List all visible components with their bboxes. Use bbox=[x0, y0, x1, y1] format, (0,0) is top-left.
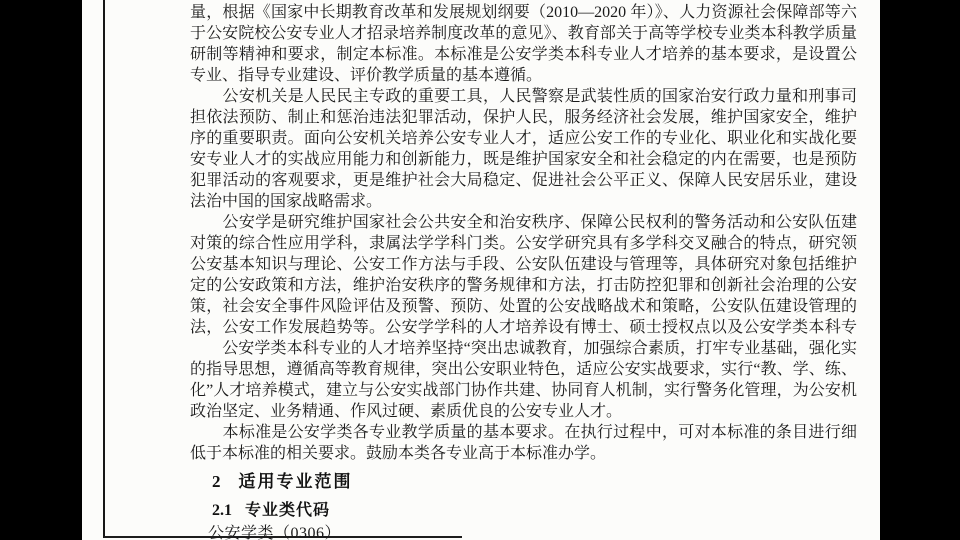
text-line: 低于本标准的相关要求。鼓励本类各专业高于本标准办学。 bbox=[190, 443, 857, 464]
letterbox-left bbox=[0, 0, 82, 540]
document-body: 量，根据《国家中长期教育改革和发展规划纲要（2010—2020 年）》、人力资源… bbox=[190, 2, 857, 464]
text-line: 量，根据《国家中长期教育改革和发展规划纲要（2010—2020 年）》、人力资源… bbox=[190, 2, 857, 23]
text-line: 的指导思想，遵循高等教育规律，突出公安职业特色，适应公安实战要求，实行“教、学、… bbox=[190, 359, 857, 380]
text-line: 法治中国的国家战略需求。 bbox=[190, 191, 857, 212]
text-line: 公安机关是人民民主专政的重要工具，人民警察是武装性质的国家治安行政力量和刑事司法… bbox=[190, 86, 857, 107]
text-line: 序的重要职责。面向公安机关培养公安专业人才，适应公安工作的专业化、职业化和实战化… bbox=[190, 128, 857, 149]
text-line: 专业、指导专业建设、评价教学质量的基本遵循。 bbox=[190, 65, 857, 86]
section-number: 2 bbox=[212, 472, 221, 491]
text-line: 法，公安工作发展趋势等。公安学学科的人才培养设有博士、硕士授权点以及公安学类本科… bbox=[190, 317, 857, 338]
document-content: 量，根据《国家中长期教育改革和发展规划纲要（2010—2020 年）》、人力资源… bbox=[190, 2, 857, 540]
text-line: 策，社会安全事件风险评估及预警、预防、处置的公安战略战术和策略，公安队伍建设管理… bbox=[190, 296, 857, 317]
text-line: 于公安院校公安专业人才招录培养制度改革的意见》、教育部关于高等学校专业类本科教学… bbox=[190, 23, 857, 44]
page-edge-line bbox=[103, 0, 105, 538]
text-line: 公安基本知识与理论、公安工作方法与手段、公安队伍建设与管理等，具体研究对象包括维… bbox=[190, 254, 857, 275]
text-line: 化”人才培养模式，建立与公安实战部门协作共建、协同育人机制，实行警务化管理，为公… bbox=[190, 380, 857, 401]
text-line: 对策的综合性应用学科，隶属法学学科门类。公安学研究具有多学科交叉融合的特点，研究… bbox=[190, 233, 857, 254]
text-line: 研制等精神和要求，制定本标准。本标准是公安学类本科专业人才培养的基本要求，是设置… bbox=[190, 44, 857, 65]
text-line: 定的公安政策和方法，维护治安秩序的警务规律和方法，打击防控犯罪和创新社会治理的公… bbox=[190, 275, 857, 296]
text-line: 安专业人才的实战应用能力和创新能力，既是维护国家安全和社会稳定的内在需要，也是预… bbox=[190, 149, 857, 170]
text-line: 公安学是研究维护国家社会公共安全和治安秩序、保障公民权利的警务活动和公安队伍建设… bbox=[190, 212, 857, 233]
subsection-number: 2.1 bbox=[212, 502, 232, 519]
section-heading-2: 2适用专业范围 bbox=[190, 472, 857, 492]
subsection-title: 专业类代码 bbox=[245, 502, 330, 519]
section-title: 适用专业范围 bbox=[239, 472, 353, 491]
letterbox-right bbox=[880, 0, 960, 540]
text-line: 公安学类本科专业的人才培养坚持“突出忠诚教育，加强综合素质，打牢专业基础，强化实… bbox=[190, 338, 857, 359]
text-line: 本标准是公安学类各专业教学质量的基本要求。在执行过程中，可对本标准的条目进行细化… bbox=[190, 422, 857, 443]
section-heading-2-1: 2.1专业类代码 bbox=[190, 502, 857, 520]
category-code-line: 公安学类（0306） bbox=[190, 523, 857, 540]
text-line: 政治坚定、业务精通、作风过硬、素质优良的公安专业人才。 bbox=[190, 401, 857, 422]
text-line: 担依法预防、制止和惩治违法犯罪活动，保护人民，服务经济社会发展，维护国家安全，维… bbox=[190, 107, 857, 128]
text-line: 犯罪活动的客观要求，更是维护社会大局稳定、促进社会公平正义、保障人民安居乐业，建… bbox=[190, 170, 857, 191]
